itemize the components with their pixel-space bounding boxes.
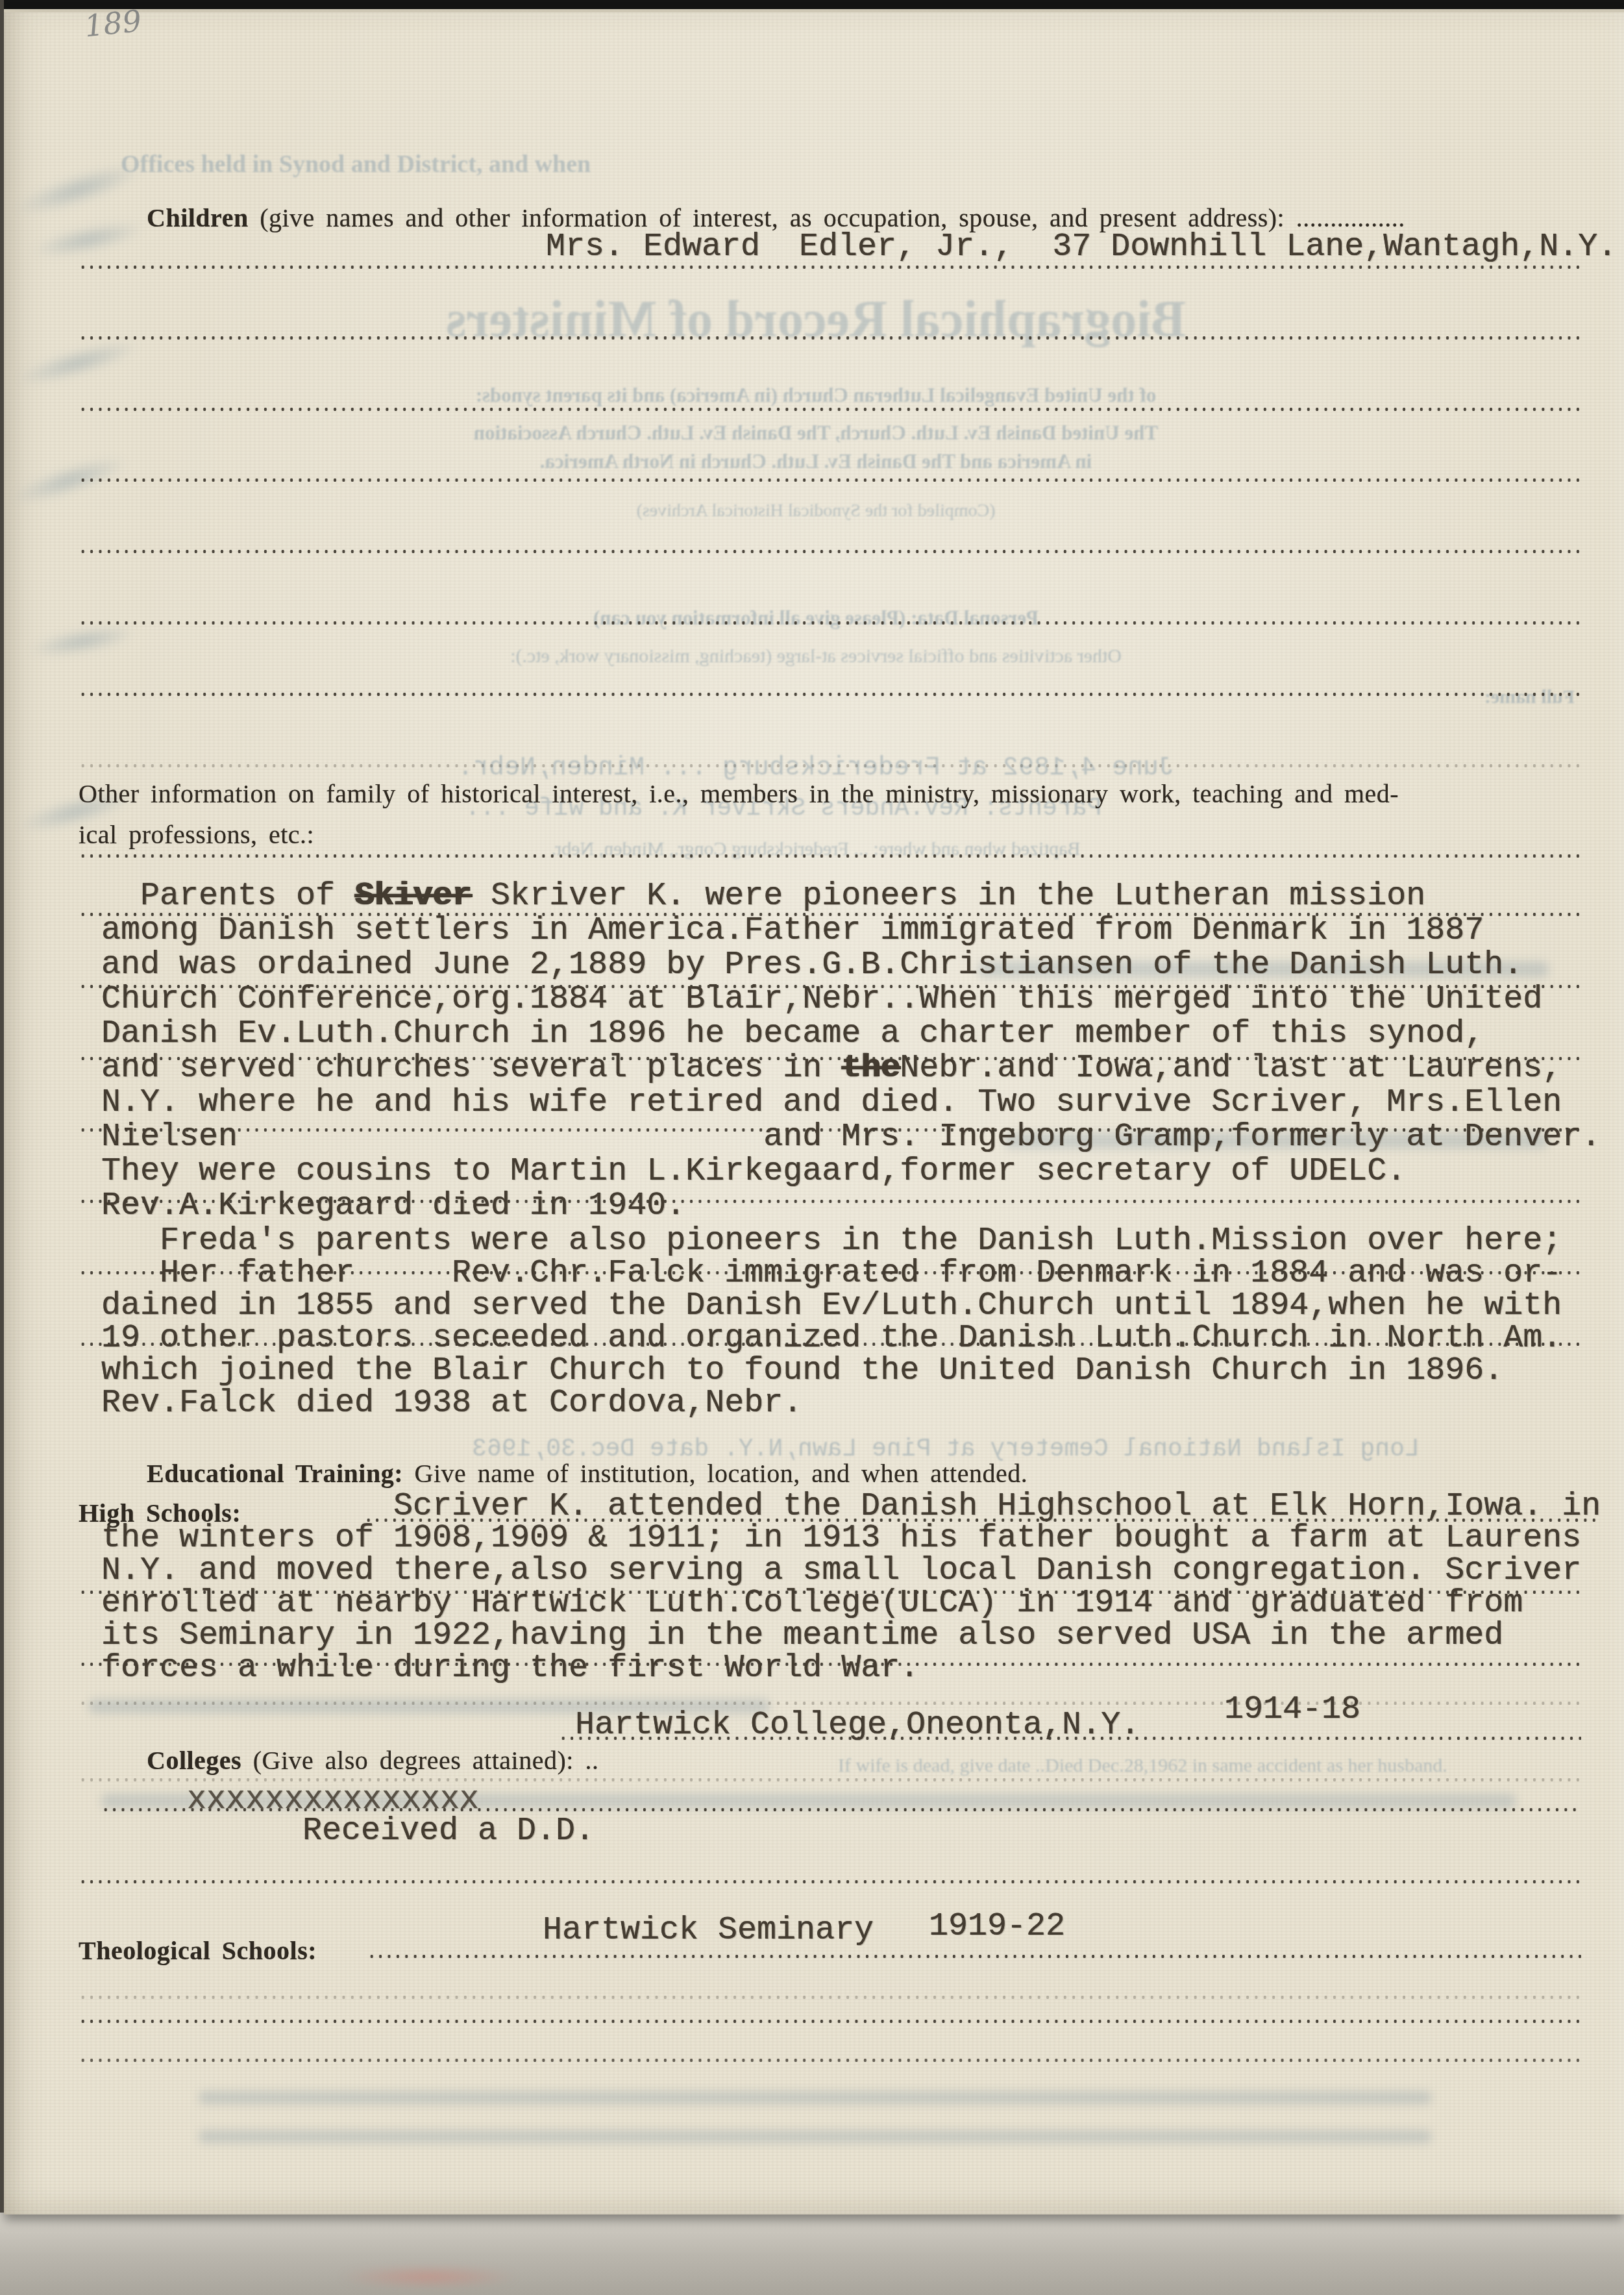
paper-sheet: 189 Offices held in Synod and District, …: [4, 9, 1624, 2214]
educational-training-hint: Give name of institution, location, and …: [403, 1459, 1027, 1488]
ink-smudge: [26, 620, 139, 664]
colleges-label: Colleges: [147, 1746, 241, 1775]
bleedthrough-subtitle: of the United Evangelical Lutheran Churc…: [329, 384, 1303, 407]
dotted-line: [367, 1954, 1581, 1959]
theological-schools-label: Theological Schools:: [79, 1935, 317, 1966]
theological-years: 1919-22: [929, 1909, 1065, 1944]
scanner-bed-bottom: [0, 2207, 1624, 2295]
bleedthrough-illegible-line: [199, 2091, 1432, 2104]
dotted-line: [79, 763, 1581, 769]
degree-note-struck: Received a D.D. xxxxxxxxxxxxxxx: [186, 1780, 595, 1917]
bleedthrough-full-name: Full name:: [1354, 686, 1575, 708]
pencil-corner-note: 189: [82, 3, 143, 44]
scanner-edge-left: [0, 0, 4, 2213]
dotted-line: [79, 620, 1581, 626]
dotted-line: [79, 477, 1581, 483]
dotted-line: [79, 406, 1581, 412]
dotted-line: [79, 335, 1581, 341]
dotted-line: [79, 1994, 1581, 2000]
bleedthrough-subtitle: The United Danish Ev. Luth. Church, The …: [329, 421, 1303, 445]
pink-smear-artifact: [338, 2266, 519, 2288]
bleedthrough-wife-dead-line: If wife is dead, give date ..Died Dec.28…: [838, 1755, 1447, 1777]
high-schools-entry-paragraph: the winters of 1908,1909 & 1911; in 1913…: [101, 1522, 1581, 1685]
dotted-line: [79, 691, 1581, 697]
high-schools-entry-first-line: Scriver K. attended the Danish Highschoo…: [393, 1489, 1601, 1524]
colleges-years: 1914-18: [1224, 1693, 1360, 1727]
family-history-paragraph-1: Parents of Skiver Skriver K. were pionee…: [101, 879, 1601, 1223]
dotted-line: [79, 549, 1581, 554]
dotted-line: [79, 2057, 1581, 2063]
dotted-line: [79, 2018, 1581, 2024]
children-label: Children: [147, 203, 249, 232]
colleges-hint: (Give also degrees attained): ..: [241, 1746, 598, 1775]
bleedthrough-compiled-line: (Compiled for the Synodical Historical A…: [459, 501, 1173, 521]
dotted-line: [79, 853, 1581, 859]
scanned-document-page: 189 Offices held in Synod and District, …: [0, 0, 1624, 2295]
bleedthrough-subtitle: in America and The Danish Ev. Luth. Chur…: [329, 450, 1303, 473]
theological-entry: Hartwick Seminary: [543, 1913, 874, 1948]
degree-note-overstrike: xxxxxxxxxxxxxxx: [187, 1783, 479, 1817]
educational-training-label: Educational Training:: [147, 1459, 403, 1488]
family-history-paragraph-2: Freda's parents were also pioneers in th…: [101, 1225, 1562, 1420]
other-info-prompt-line2: ical professions, etc.:: [79, 819, 314, 850]
bleedthrough-illegible-line: [199, 2130, 1432, 2143]
ink-smudge: [12, 332, 143, 393]
bleedthrough-other-activities: Other activities and official services a…: [167, 645, 1465, 667]
other-info-prompt-line1: Other information on family of historica…: [79, 778, 1399, 809]
bleedthrough-personal-data: Personal Data: (Please give all informat…: [394, 606, 1238, 630]
children-entry: Mrs. Edward Edler, Jr., 37 Downhill Lane…: [546, 230, 1617, 264]
colleges-entry: Hartwick College,Oneonta,N.Y.: [575, 1708, 1140, 1743]
